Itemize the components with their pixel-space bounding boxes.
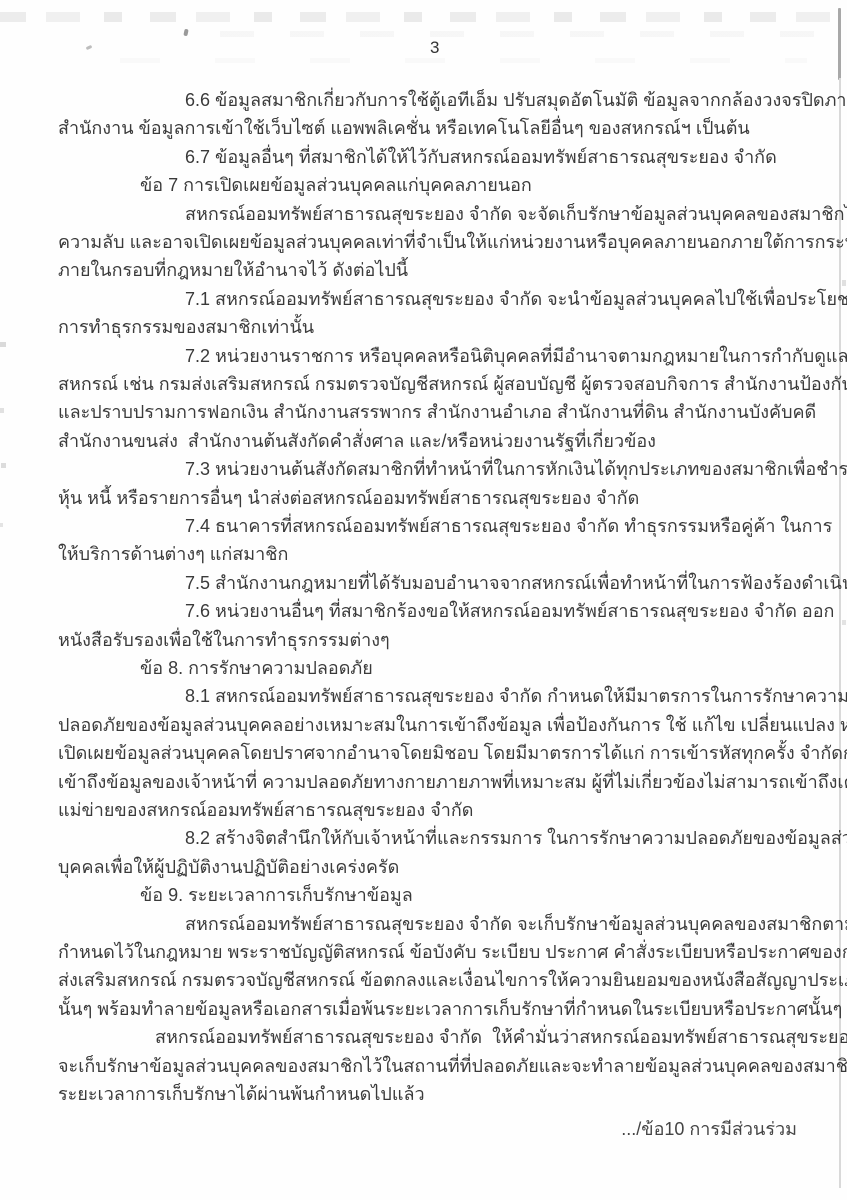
text-line: 7.4 ธนาคารที่สหกรณ์ออมทรัพย์สาธารณสุขระย…	[185, 512, 832, 540]
text-line: 7.3 หน่วยงานต้นสังกัดสมาชิกที่ทำหน้าที่ใ…	[185, 455, 847, 483]
page-number: 3	[430, 38, 439, 58]
text-line: และปราบปรามการฟอกเงิน สำนักงานสรรพากร สำ…	[58, 398, 816, 426]
text-line: กำหนดไว้ในกฎหมาย พระราชบัญญัติสหกรณ์ ข้อ…	[58, 938, 847, 966]
text-line: การทำธุรกรรมของสมาชิกเท่านั้น	[58, 313, 314, 341]
scan-artifact-speck	[183, 29, 188, 37]
text-line: ข้อ 8. การรักษาความปลอดภัย	[140, 654, 373, 682]
scan-artifact-top-dashes	[0, 12, 847, 22]
text-line: หนังสือรับรองเพื่อใช้ในการทำธุรกรรมต่างๆ	[58, 626, 390, 654]
scan-artifact-left-tick	[1, 463, 6, 468]
text-line: 7.6 หน่วยงานอื่นๆ ที่สมาชิกร้องขอให้สหกร…	[185, 597, 834, 625]
document-page: 3 6.6 ข้อมูลสมาชิกเกี่ยวกับการใช้ตู้เอที…	[0, 0, 847, 1200]
scan-artifact-left-tick	[0, 342, 6, 347]
text-line: เปิดเผยข้อมูลส่วนบุคคลโดยปราศจากอำนาจโดย…	[58, 739, 847, 767]
scan-artifact-left-tick	[0, 408, 4, 413]
scan-artifact-right-tick	[842, 620, 846, 625]
text-line: ให้บริการด้านต่างๆ แก่สมาชิก	[58, 540, 288, 568]
text-line: ความลับ และอาจเปิดเผยข้อมูลส่วนบุคคลเท่า…	[58, 228, 847, 256]
text-line: ปลอดภัยของข้อมูลส่วนบุคคลอย่างเหมาะสมในก…	[58, 711, 847, 739]
text-line: ข้อ 7 การเปิดเผยข้อมูลส่วนบุคคลแก่บุคคลภ…	[140, 171, 532, 199]
text-line: 6.7 ข้อมูลอื่นๆ ที่สมาชิกได้ให้ไว้กับสหก…	[185, 143, 777, 171]
text-line: สหกรณ์ออมทรัพย์สาธารณสุขระยอง จำกัด จะเก…	[185, 910, 847, 938]
text-line: สำนักงานขนส่ง สำนักงานต้นสังกัดคำสั่งศาล…	[58, 427, 656, 455]
text-line: 8.1 สหกรณ์ออมทรัพย์สาธารณสุขระยอง จำกัด …	[185, 682, 847, 710]
text-line: 7.1 สหกรณ์ออมทรัพย์สาธารณสุขระยอง จำกัด …	[185, 285, 847, 313]
text-line: ระยะเวลาการเก็บรักษาได้ผ่านพ้นกำหนดไปแล้…	[58, 1080, 425, 1108]
footer-continuation-note: .../ข้อ10 การมีส่วนร่วม	[621, 1116, 797, 1142]
scan-artifact-speck	[86, 45, 93, 50]
text-line: ส่งเสริมสหกรณ์ กรมตรวจบัญชีสหกรณ์ ข้อตกล…	[58, 966, 847, 994]
text-line: สำนักงาน ข้อมูลการเข้าใช้เว็บไซต์ แอพพลิ…	[58, 114, 750, 142]
scan-artifact-top-dashes-2	[220, 31, 817, 37]
text-line: 8.2 สร้างจิตสำนึกให้กับเจ้าหน้าที่และกรร…	[185, 824, 847, 852]
text-line: สหกรณ์ออมทรัพย์สาธารณสุขระยอง จำกัด จะจั…	[185, 200, 847, 228]
text-line: จะเก็บรักษาข้อมูลส่วนบุคคลของสมาชิกไว้ใน…	[58, 1052, 847, 1080]
text-line: สหกรณ์ เช่น กรมส่งเสริมสหกรณ์ กรมตรวจบัญ…	[58, 370, 847, 398]
text-line: 7.5 สำนักงานกฎหมายที่ได้รับมอบอำนาจจากสห…	[185, 569, 847, 597]
text-line: บุคคลเพื่อให้ผู้ปฏิบัติงานปฏิบัติอย่างเค…	[58, 853, 399, 881]
text-line: 7.2 หน่วยงานราชการ หรือบุคคลหรือนิติบุคค…	[185, 342, 847, 370]
text-line: เข้าถึงข้อมูลของเจ้าหน้าที่ ความปลอดภัยท…	[58, 768, 847, 796]
scan-artifact-right-edge-dark	[838, 8, 841, 80]
text-line: นั้นๆ พร้อมทำลายข้อมูลหรือเอกสารเมื่อพ้น…	[58, 995, 842, 1023]
text-line: 6.6 ข้อมูลสมาชิกเกี่ยวกับการใช้ตู้เอทีเอ…	[185, 86, 847, 114]
scan-artifact-left-tick	[0, 523, 3, 527]
scan-artifact-top-dashes-3	[120, 58, 807, 63]
text-line: แม่ข่ายของสหกรณ์ออมทรัพย์สาธารณสุขระยอง …	[58, 796, 473, 824]
text-line: สหกรณ์ออมทรัพย์สาธารณสุขระยอง จำกัด ให้ค…	[155, 1023, 847, 1051]
text-line: หุ้น หนี้ หรือรายการอื่นๆ นำส่งต่อสหกรณ์…	[58, 484, 639, 512]
text-line: ภายในกรอบที่กฎหมายให้อำนาจไว้ ดังต่อไปนี…	[58, 256, 408, 284]
text-line: ข้อ 9. ระยะเวลาการเก็บรักษาข้อมูล	[140, 881, 413, 909]
